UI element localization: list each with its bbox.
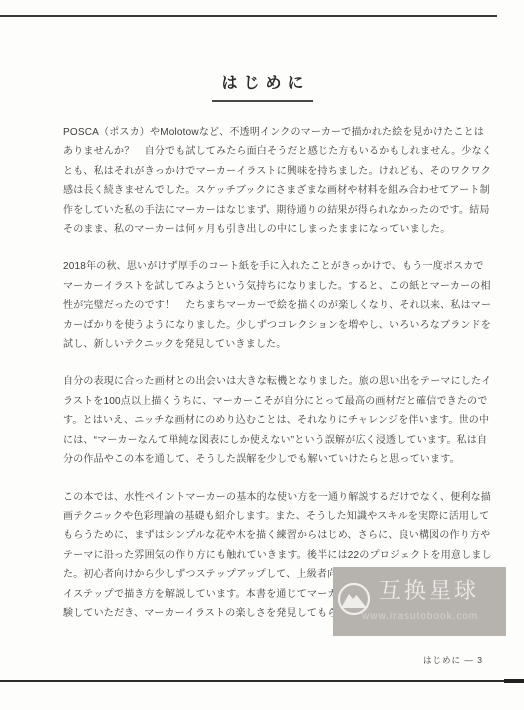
text-line: には、“マーカーなんて単純な図表にしか使えない”という誤解が広く浸透しています。… xyxy=(63,431,463,450)
book-page: はじめに POSCA（ポスカ）やMolotowなど、不透明インクのマーカーで描か… xyxy=(0,0,524,710)
text-line: ラストを100点以上描くうちに、マーカーこそが自分にとって最高の画材だと確信でき… xyxy=(63,392,463,411)
text-line: もらうために、まずはシンプルな花や木を描く練習からはじめ、さらに、良い構図の作り… xyxy=(63,526,463,545)
title-area: はじめに xyxy=(63,70,462,102)
watermark-name: 互换星球 xyxy=(379,579,479,603)
top-page-edge-rule xyxy=(0,15,497,17)
text-line: POSCA（ポスカ）やMolotowなど、不透明インクのマーカーで描かれた絵を見… xyxy=(63,123,463,142)
watermark: 互换星球 www.irasutobook.com xyxy=(333,567,506,636)
text-line: カーばかりを使うようになりました。少しずつコレクションを増やし、いろいろなブラン… xyxy=(63,316,463,335)
text-line: 試し、新しいテクニックを発見していきました。 xyxy=(63,335,463,354)
text-line: とも、私はそれがきっかけでマーカーイラストに興味を持ちました。けれども、そのワク… xyxy=(63,162,463,181)
body-text: POSCA（ポスカ）やMolotowなど、不透明インクのマーカーで描かれた絵を見… xyxy=(63,123,463,641)
text-line: 性が完璧だったのです！ たちまちマーカーで絵を描くのが楽しくなり、それ以来、私は… xyxy=(63,296,463,315)
text-line: 画テクニックや色彩理論の基礎も紹介します。また、そうした知識やスキルを実際に活用… xyxy=(63,507,463,526)
page-footer: はじめに — 3 xyxy=(423,654,483,666)
text-line: 2018年の秋、思いがけず厚手のコート紙を手に入れたことがきっかけで、もう一度ポ… xyxy=(63,257,463,276)
text-line: 作をしていた私の手法にマーカーはなじまず、期待通りの結果が得られなかったのです。… xyxy=(63,201,463,220)
text-line: 自分の表現に合った画材との出会いは大きな転機となりました。旅の思い出をテーマにし… xyxy=(63,372,463,391)
text-line: 分の作品やこの本を通して、そうした誤解を少しでも解いていけたらと思っています。 xyxy=(63,450,463,469)
text-line: テーマに沿った雰囲気の作り方にも触れていきます。後半には22のプロジェクトを用意… xyxy=(63,546,463,565)
text-line: ありませんか？ 自分でも試してみたら面白そうだと感じた方もいるかもしれません。少… xyxy=(63,142,463,161)
text-line: マーカーイラストを試してみようという気持ちになりました。すると、この紙とマーカー… xyxy=(63,277,463,296)
text-line: 感は長く続きませんでした。スケッチブックにさまざまな画材や材料を組み合わせてアー… xyxy=(63,181,463,200)
text-line: そのまま、私のマーカーは何ヶ月も引き出しの中にしまったままになっていました。 xyxy=(63,220,463,239)
watermark-url: www.irasutobook.com xyxy=(362,611,478,622)
paragraph: POSCA（ポスカ）やMolotowなど、不透明インクのマーカーで描かれた絵を見… xyxy=(63,123,463,239)
bottom-page-edge-rule xyxy=(0,680,524,682)
paragraph: 2018年の秋、思いがけず厚手のコート紙を手に入れたことがきっかけで、もう一度ポ… xyxy=(63,257,463,354)
paragraph: 自分の表現に合った画材との出会いは大きな転機となりました。旅の思い出をテーマにし… xyxy=(63,372,463,469)
text-line: この本では、水性ペイントマーカーの基本的な使い方を一通り解説するだけでなく、便利… xyxy=(63,488,463,507)
bottom-page-edge-rule-tip xyxy=(504,679,524,683)
text-line: す。とはいえ、ニッチな画材にのめり込むことは、それなりにチャレンジを伴います。世… xyxy=(63,411,463,430)
page-title: はじめに xyxy=(212,70,312,102)
